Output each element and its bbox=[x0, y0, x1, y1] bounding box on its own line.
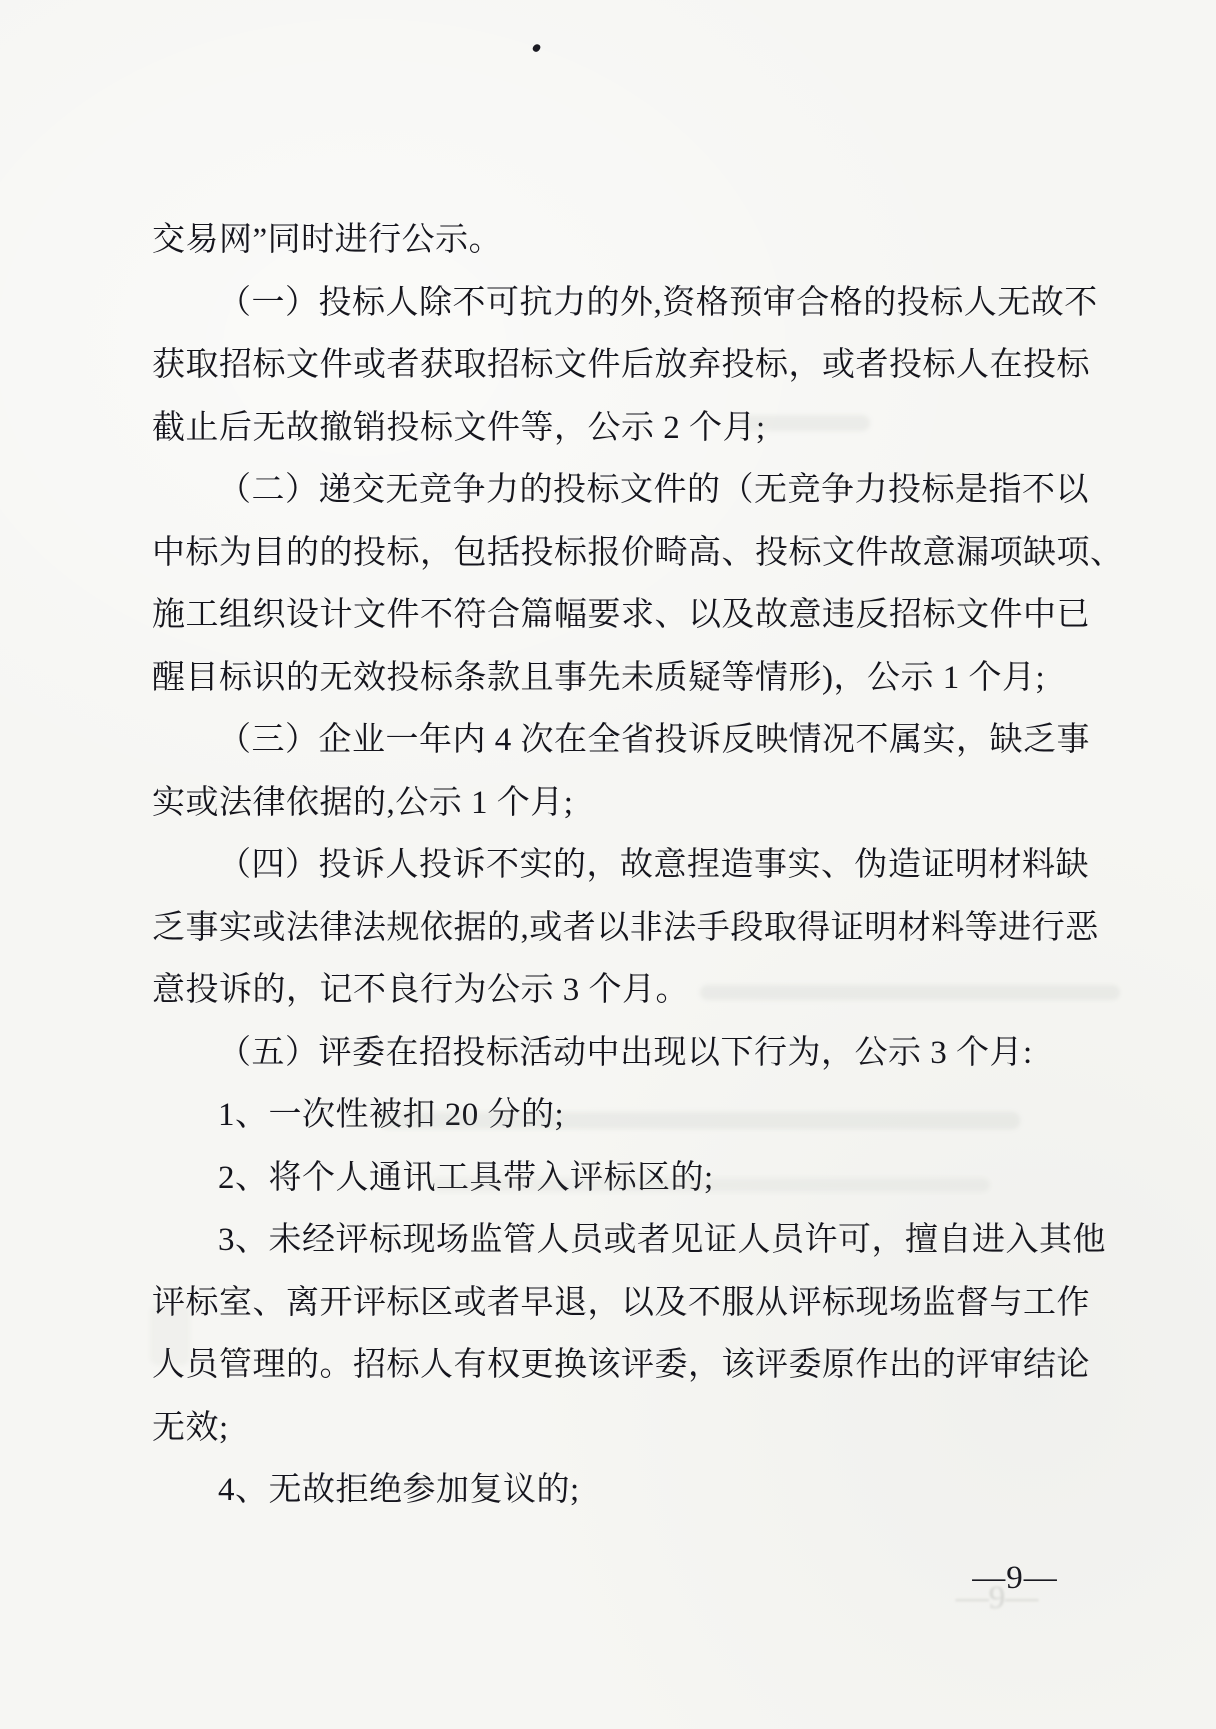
bleedthrough-smudge bbox=[150, 1305, 190, 1365]
doc-line: 获取招标文件或者获取招标文件后放弃投标，或者投标人在投标 bbox=[152, 334, 1102, 397]
page-number: —9— bbox=[940, 1560, 1090, 1597]
doc-line: 4、无故拒绝参加复议的; bbox=[152, 1459, 1102, 1522]
doc-line: （一）投标人除不可抗力的外,资格预审合格的投标人无故不 bbox=[152, 272, 1102, 335]
bleedthrough-smudge bbox=[700, 985, 1120, 1000]
doc-line: 截止后无故撤销投标文件等，公示 2 个月; bbox=[152, 397, 1102, 460]
document-body: 交易网”同时进行公示。 （一）投标人除不可抗力的外,资格预审合格的投标人无故不 … bbox=[152, 209, 1102, 1522]
bleedthrough-smudge bbox=[430, 1178, 990, 1192]
doc-line: 评标室、离开评标区或者早退，以及不服从评标现场监督与工作 bbox=[152, 1272, 1102, 1335]
doc-line: （五）评委在招投标活动中出现以下行为，公示 3 个月: bbox=[152, 1022, 1102, 1085]
doc-line: 人员管理的。招标人有权更换该评委，该评委原作出的评审结论 bbox=[152, 1334, 1102, 1397]
scanned-document-page: 交易网”同时进行公示。 （一）投标人除不可抗力的外,资格预审合格的投标人无故不 … bbox=[0, 0, 1216, 1729]
doc-line: 施工组织设计文件不符合篇幅要求、以及故意违反招标文件中已 bbox=[152, 584, 1102, 647]
doc-line: 醒目标识的无效投标条款且事先未质疑等情形)，公示 1 个月; bbox=[152, 647, 1102, 710]
doc-line: 实或法律依据的,公示 1 个月; bbox=[152, 772, 1102, 835]
doc-line: 交易网”同时进行公示。 bbox=[152, 209, 1102, 272]
bleedthrough-smudge bbox=[740, 415, 870, 431]
doc-line: （四）投诉人投诉不实的，故意捏造事实、伪造证明材料缺 bbox=[152, 834, 1102, 897]
doc-line: （三）企业一年内 4 次在全省投诉反映情况不属实，缺乏事 bbox=[152, 709, 1102, 772]
ink-speck bbox=[532, 43, 542, 53]
doc-line: 乏事实或法律法规依据的,或者以非法手段取得证明材料等进行恶 bbox=[152, 897, 1102, 960]
doc-line: 3、未经评标现场监管人员或者见证人员许可，擅自进入其他 bbox=[152, 1209, 1102, 1272]
doc-line: 中标为目的的投标，包括投标报价畸高、投标文件故意漏项缺项、 bbox=[152, 522, 1102, 585]
bleedthrough-smudge bbox=[380, 1112, 1020, 1129]
doc-line: （二）递交无竞争力的投标文件的（无竞争力投标是指不以 bbox=[152, 459, 1102, 522]
doc-line: 无效; bbox=[152, 1397, 1102, 1460]
